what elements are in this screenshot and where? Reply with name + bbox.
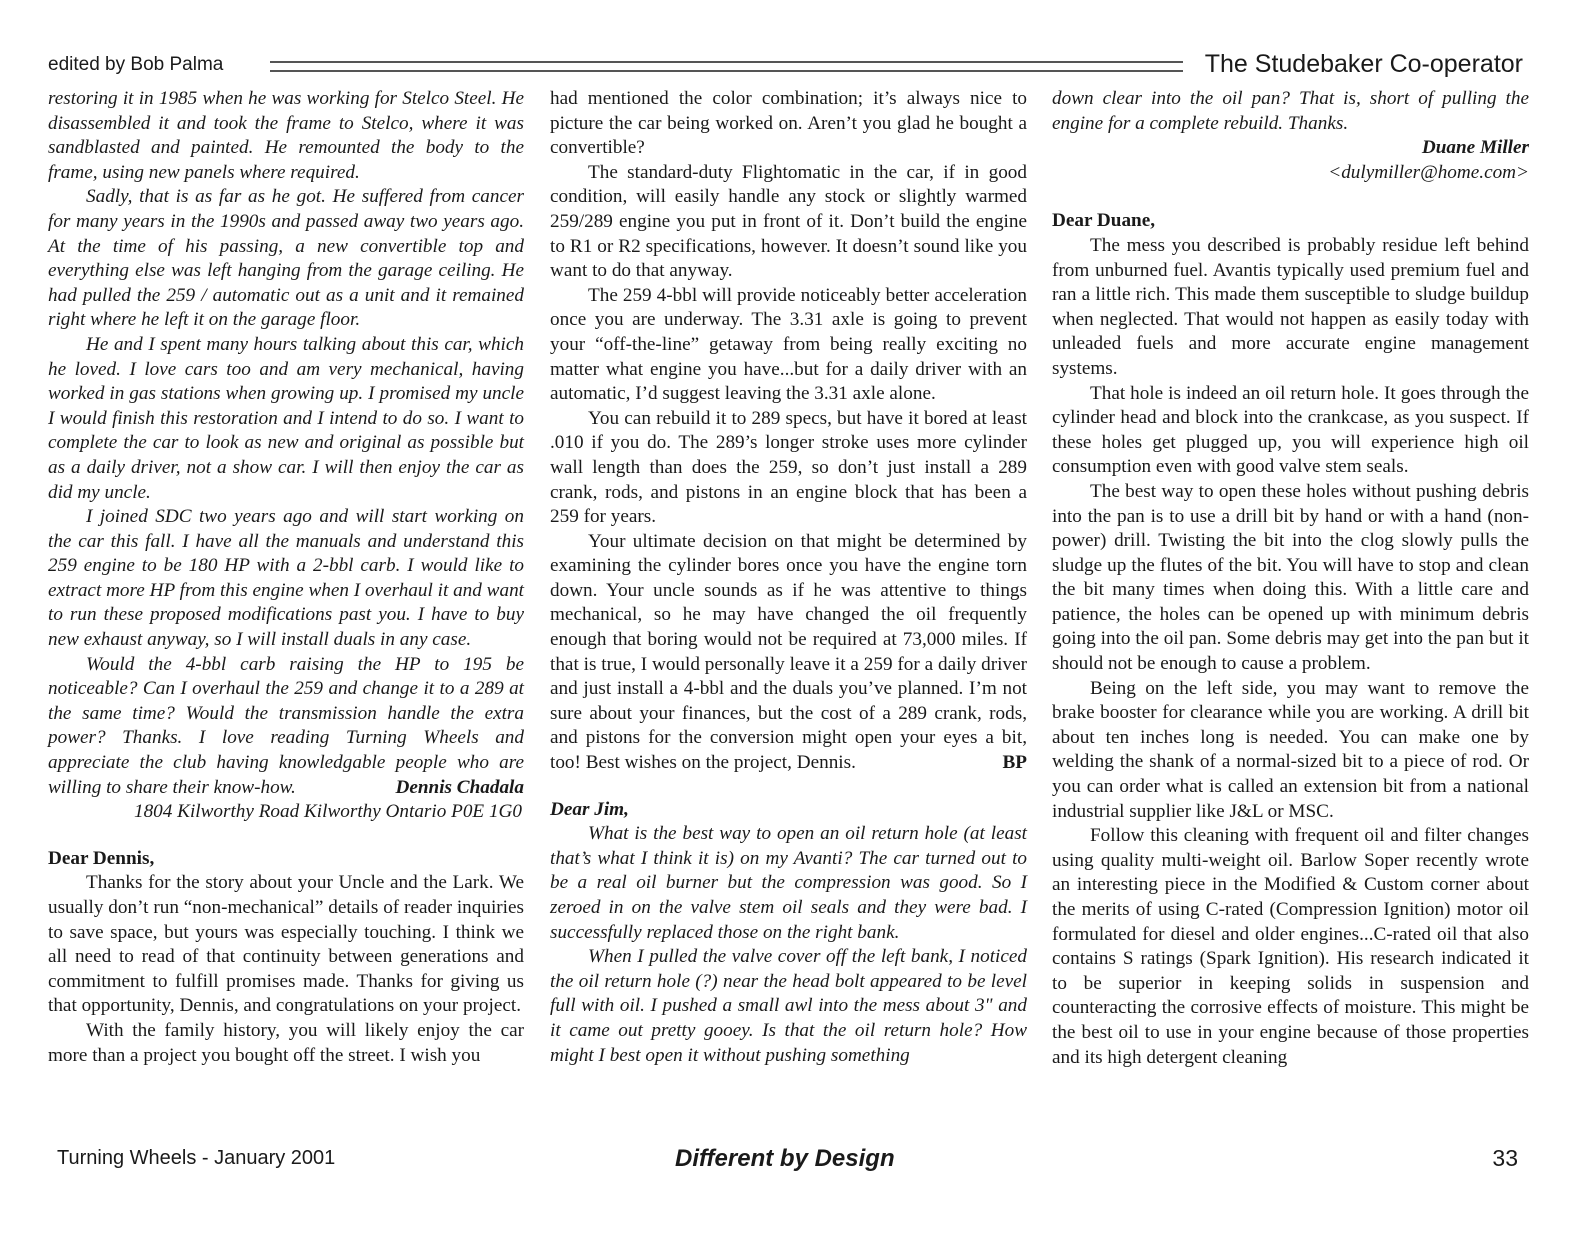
column-2: had mentioned the color combination; it’… — [550, 87, 1027, 1068]
letter-salutation: Dear Jim, — [550, 798, 1027, 823]
letter-paragraph: restoring it in 1985 when he was working… — [48, 87, 524, 185]
letter-paragraph: Would the 4-bbl carb raising the HP to 1… — [48, 653, 524, 801]
reply-salutation: Dear Duane, — [1052, 209, 1529, 234]
reply-salutation: Dear Dennis, — [48, 847, 524, 872]
header-double-rule — [270, 61, 1183, 72]
reply-paragraph: The 259 4-bbl will provide noticeably be… — [550, 284, 1027, 407]
reply-text: Your ultimate decision on that might be … — [550, 531, 1027, 773]
page-number: 33 — [1492, 1145, 1518, 1172]
letter-paragraph: When I pulled the valve cover off the le… — [550, 945, 1027, 1068]
page-footer: Turning Wheels - January 2001 Different … — [57, 1145, 1518, 1175]
reply-initials: BP — [964, 751, 1027, 776]
reply-paragraph: That hole is indeed an oil return hole. … — [1052, 382, 1529, 480]
letter-paragraph: He and I spent many hours talking about … — [48, 333, 524, 505]
letter-paragraph: What is the best way to open an oil retu… — [550, 822, 1027, 945]
reply-paragraph: Your ultimate decision on that might be … — [550, 530, 1027, 776]
reply-paragraph: Follow this cleaning with frequent oil a… — [1052, 824, 1529, 1070]
letter-signature: Duane Miller — [1052, 136, 1529, 161]
letter-paragraph: down clear into the oil pan? That is, sh… — [1052, 87, 1529, 136]
reply-paragraph: With the family history, you will likely… — [48, 1019, 524, 1068]
reply-paragraph: The standard-duty Flightomatic in the ca… — [550, 161, 1027, 284]
letter-address: 1804 Kilworthy Road Kilworthy Ontario P0… — [48, 800, 524, 825]
reply-paragraph: Being on the left side, you may want to … — [1052, 677, 1529, 825]
letter-signature: Dennis Chadala — [358, 776, 525, 801]
publication-issue: Turning Wheels - January 2001 — [57, 1147, 335, 1170]
reply-paragraph: The mess you described is probably resid… — [1052, 234, 1529, 382]
reply-paragraph: had mentioned the color combination; it’… — [550, 87, 1027, 161]
reply-paragraph: Thanks for the story about your Uncle an… — [48, 871, 524, 1019]
reply-paragraph: The best way to open these holes without… — [1052, 480, 1529, 677]
editor-credit: edited by Bob Palma — [48, 54, 223, 76]
letter-paragraph: Sadly, that is as far as he got. He suff… — [48, 185, 524, 333]
column-1: restoring it in 1985 when he was working… — [48, 87, 524, 1068]
letter-email: <dulymiller@home.com> — [1052, 161, 1529, 186]
slogan: Different by Design — [675, 1145, 895, 1173]
reply-paragraph: You can rebuild it to 289 specs, but hav… — [550, 407, 1027, 530]
column-title: The Studebaker Co-operator — [1205, 50, 1523, 79]
column-3: down clear into the oil pan? That is, sh… — [1052, 87, 1529, 1070]
letter-paragraph: I joined SDC two years ago and will star… — [48, 505, 524, 653]
page-header: edited by Bob Palma The Studebaker Co-op… — [48, 50, 1523, 80]
